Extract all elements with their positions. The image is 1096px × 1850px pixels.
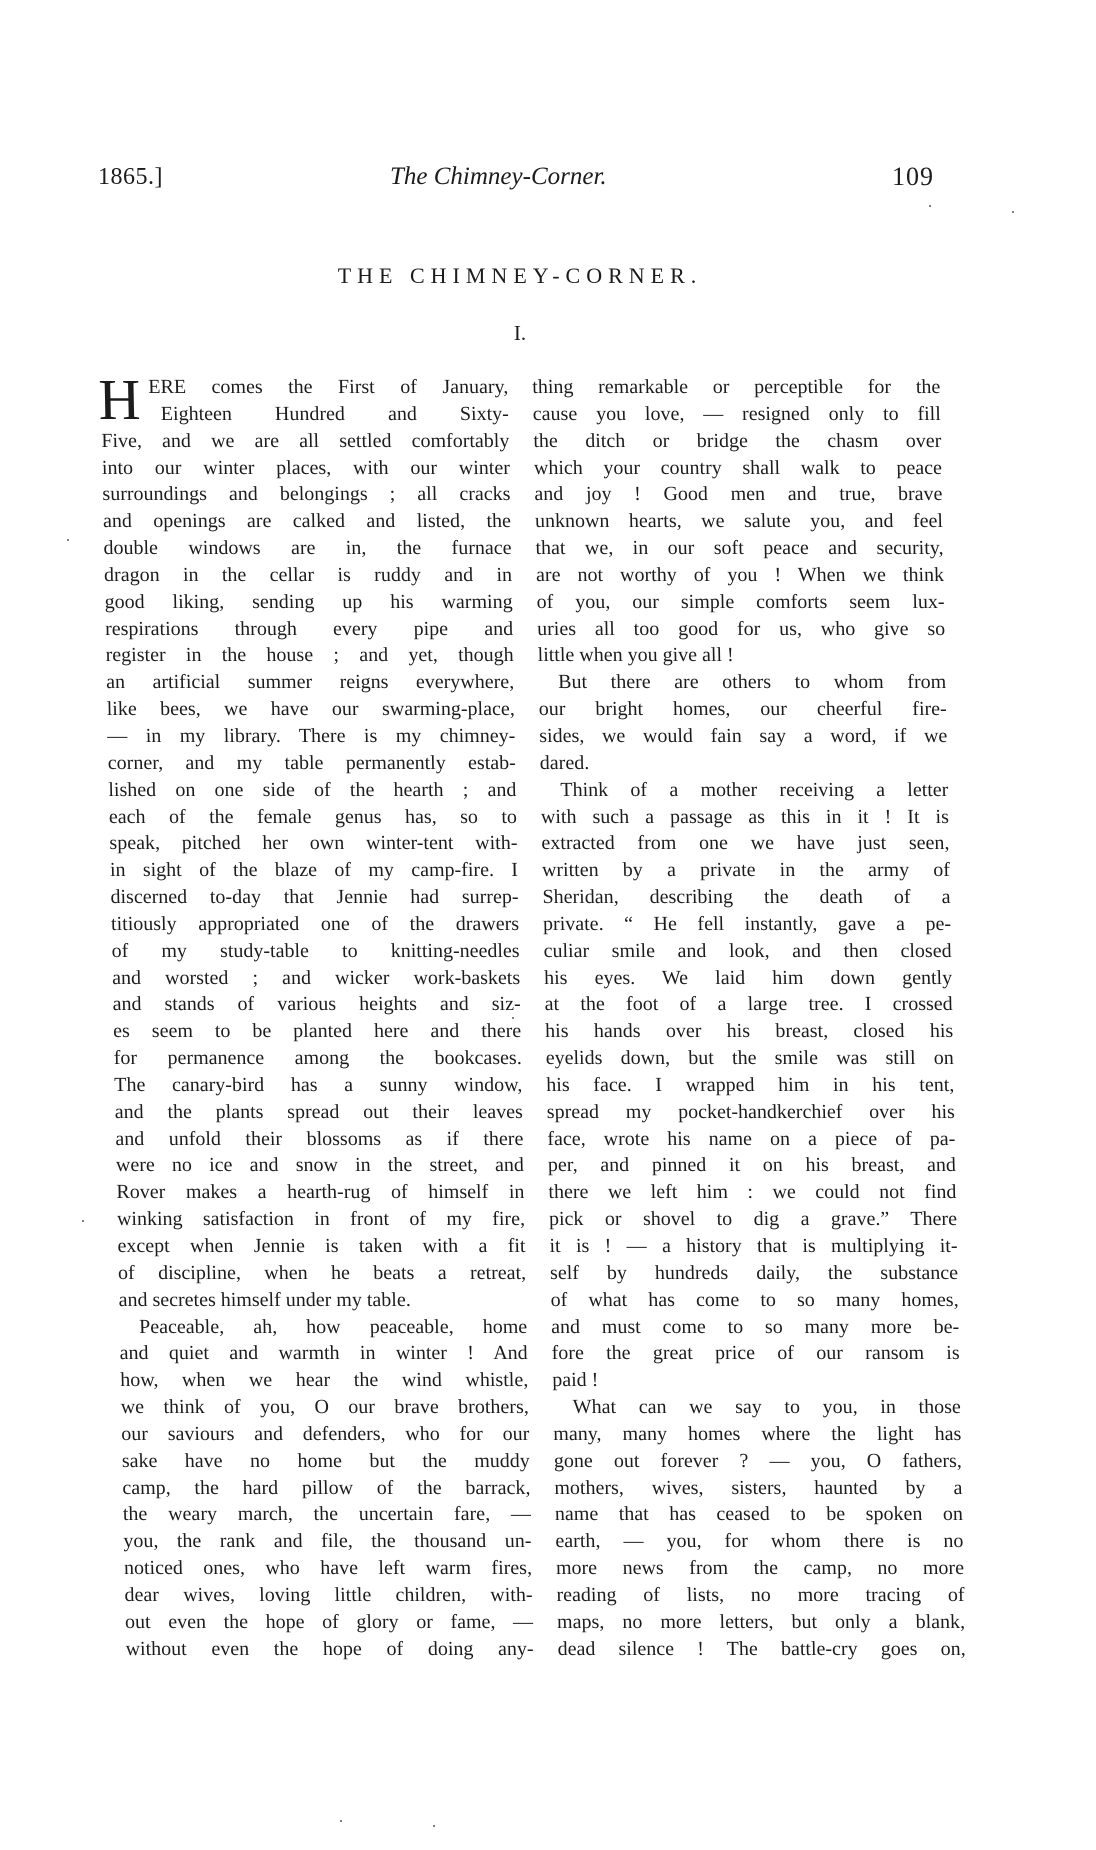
text-line: and secretes himself under my table. [118, 1287, 527, 1314]
text-line: eyelids down, but the smile was still on [545, 1045, 954, 1072]
text-line: there we left him : we could not find [548, 1179, 957, 1206]
text-line: are not worthy of you ! When we think [536, 562, 945, 589]
text-line: the weary march, the uncertain fare, — [123, 1501, 532, 1528]
text-line: surroundings and belongings ; all cracks [102, 481, 511, 508]
text-line: fore the great price of our ransom is [551, 1340, 960, 1367]
text-line: paid ! [552, 1367, 961, 1394]
text-line: Think of a mother receiving a letter [540, 777, 949, 804]
running-head-year: 1865.] [98, 160, 163, 194]
text-line: dead silence ! The battle-cry goes on, [557, 1636, 966, 1663]
text-line: titiously appropriated one of the drawer… [111, 911, 520, 938]
text-line: and must come to so many more be- [551, 1314, 960, 1341]
text-line: The canary-bird has a sunny window, [114, 1072, 523, 1099]
text-line: each of the female genus has, so to [109, 804, 518, 831]
text-line: it is ! — a history that is multiplying … [549, 1233, 958, 1260]
text-line: cause you love, — resigned only to fill [533, 401, 942, 428]
page-number: 109 [892, 160, 934, 194]
text-line: his face. I wrapped him in his tent, [546, 1072, 955, 1099]
section-number: I. [480, 320, 560, 346]
text-line: dear wives, loving little children, with… [124, 1582, 533, 1609]
text-line: sides, we would fain say a word, if we [539, 723, 948, 750]
text-line: sake have no home but the muddy [122, 1448, 531, 1475]
text-line: mothers, wives, sisters, haunted by a [554, 1475, 963, 1502]
text-line: name that has ceased to be spoken on [555, 1501, 964, 1528]
scan-speck [929, 205, 931, 207]
text-line: per, and pinned it on his breast, and [548, 1152, 957, 1179]
scan-speck [82, 1220, 84, 1222]
dropcap-letter: H [98, 377, 141, 423]
text-line: were no ice and snow in the street, and [116, 1152, 525, 1179]
text-line: noticed ones, who have left warm fires, [124, 1555, 533, 1582]
text-line: of what has come to so many homes, [550, 1287, 959, 1314]
text-line: which your country shall walk to peace [534, 455, 943, 482]
book-page: 1865.] The Chimney-Corner. 109 THE CHIMN… [0, 0, 1096, 1850]
text-line: you, the rank and file, the thousand un- [123, 1528, 532, 1555]
text-line: our bright homes, our cheerful fire- [538, 696, 947, 723]
text-line: speak, pitched her own winter-tent with- [109, 830, 518, 857]
text-line: es seem to be planted here and there [113, 1018, 522, 1045]
text-line: like bees, we have our swarming-place, [106, 696, 515, 723]
text-line: into our winter places, with our winter [102, 455, 511, 482]
text-line: we think of you, O our brave brothers, [120, 1394, 529, 1421]
text-line: register in the house ; and yet, though [105, 642, 514, 669]
text-line: in sight of the blaze of my camp-fire. I [110, 857, 519, 884]
scan-speck [340, 1820, 342, 1822]
text-line: for permanence among the bookcases. [113, 1045, 522, 1072]
text-line: pick or shovel to dig a grave.” There [549, 1206, 958, 1233]
text-line: Eighteen Hundred and Sixty- [101, 401, 510, 428]
scan-speck [67, 539, 69, 541]
text-line: good liking, sending up his warming [104, 589, 513, 616]
text-line: out even the hope of glory or fame, — [125, 1609, 534, 1636]
text-line: lished on one side of the hearth ; and [108, 777, 517, 804]
text-line: spread my pocket-handkerchief over his [547, 1099, 956, 1126]
text-line: Peaceable, ah, how peaceable, home [119, 1314, 528, 1341]
text-line: respirations through every pipe and [105, 616, 514, 643]
text-column-left: H ERE comes the First of January, Eighte… [100, 374, 534, 1663]
text-line: culiar smile and look, and then closed [543, 938, 952, 965]
text-line: thing remarkable or perceptible for the [532, 374, 941, 401]
article-title: THE CHIMNEY-CORNER. [290, 262, 750, 290]
text-line: at the foot of a large tree. I crossed [544, 991, 953, 1018]
text-line: Rover makes a hearth-rug of himself in [116, 1179, 525, 1206]
text-line: double windows are in, the furnace [103, 535, 512, 562]
text-line: and worsted ; and wicker work-baskets [112, 965, 521, 992]
scan-speck [512, 1017, 514, 1019]
text-line: self by hundreds daily, the substance [550, 1260, 959, 1287]
text-line: and unfold their blossoms as if there [115, 1126, 524, 1153]
text-line: written by a private in the army of [542, 857, 951, 884]
text-line: gone out forever ? — you, O fathers, [554, 1448, 963, 1475]
text-line: many, many homes where the light has [553, 1421, 962, 1448]
text-line: camp, the hard pillow of the barrack, [122, 1475, 531, 1502]
text-line: What can we say to you, in those [552, 1394, 961, 1421]
running-head: 1865.] The Chimney-Corner. 109 [0, 160, 1096, 194]
text-line: and openings are calked and listed, the [103, 508, 512, 535]
text-line: how, when we hear the wind whistle, [120, 1367, 529, 1394]
text-line: and the plants spread out their leaves [115, 1099, 524, 1126]
text-line: ERE comes the First of January, [100, 374, 509, 401]
text-line: But there are others to whom from [538, 669, 947, 696]
text-line: Five, and we are all settled comfortably [101, 428, 510, 455]
text-line: of you, our simple comforts seem lux- [536, 589, 945, 616]
text-line: extracted from one we have just seen, [541, 830, 950, 857]
text-line: and joy ! Good men and true, brave [534, 481, 943, 508]
text-line: of my study-table to knitting-needles [111, 938, 520, 965]
text-line: uries all too good for us, who give so [537, 616, 946, 643]
text-line: discerned to-day that Jennie had surrep- [110, 884, 519, 911]
text-line: without even the hope of doing any- [125, 1636, 534, 1663]
text-line: of discipline, when he beats a retreat, [118, 1260, 527, 1287]
text-line: with such a passage as this in it ! It i… [541, 804, 950, 831]
running-head-title: The Chimney-Corner. [390, 160, 607, 194]
text-line: private. “ He fell instantly, gave a pe- [543, 911, 952, 938]
text-line: and stands of various heights and siz- [112, 991, 521, 1018]
text-line: his eyes. We laid him down gently [544, 965, 953, 992]
text-column-right: thing remarkable or perceptible for the … [532, 374, 966, 1663]
text-line: dared. [540, 750, 949, 777]
text-line: our saviours and defenders, who for our [121, 1421, 530, 1448]
text-line: and quiet and warmth in winter ! And [119, 1340, 528, 1367]
text-line: reading of lists, no more tracing of [556, 1582, 965, 1609]
text-line: unknown hearts, we salute you, and feel [535, 508, 944, 535]
scan-speck [433, 1825, 435, 1827]
text-line: more news from the camp, no more [556, 1555, 965, 1582]
text-line: winking satisfaction in front of my fire… [117, 1206, 526, 1233]
text-line: little when you give all ! [537, 642, 946, 669]
text-line: that we, in our soft peace and security, [535, 535, 944, 562]
text-line: an artificial summer reigns everywhere, [106, 669, 515, 696]
text-line: earth, — you, for whom there is no [555, 1528, 964, 1555]
text-line: corner, and my table permanently estab- [108, 750, 517, 777]
text-line: except when Jennie is taken with a fit [117, 1233, 526, 1260]
text-line: — in my library. There is my chimney- [107, 723, 516, 750]
text-line: the ditch or bridge the chasm over [533, 428, 942, 455]
text-line: dragon in the cellar is ruddy and in [104, 562, 513, 589]
scan-speck [1012, 211, 1014, 213]
text-line: maps, no more letters, but only a blank, [557, 1609, 966, 1636]
text-line: Sheridan, describing the death of a [542, 884, 951, 911]
text-line: his hands over his breast, closed his [545, 1018, 954, 1045]
text-line: face, wrote his name on a piece of pa- [547, 1126, 956, 1153]
